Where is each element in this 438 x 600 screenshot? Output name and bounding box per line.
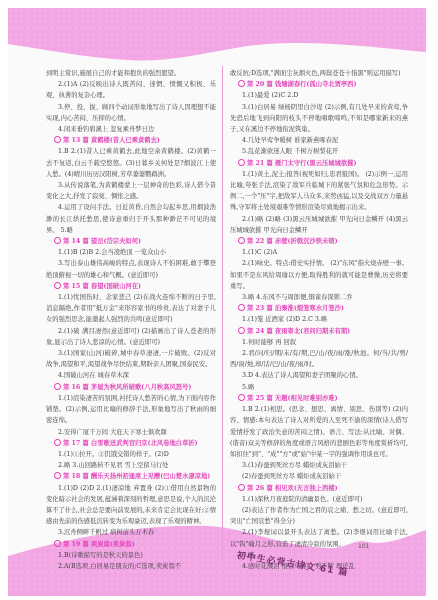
- answer-paragraph: 敢反抗;D选项,"满面尘灰烟火色,两鬓苍苍十指黑"则运用描写): [230, 68, 408, 79]
- section-heading-text: 第 14 篇 望岳(岱宗夫如何): [63, 238, 141, 245]
- answer-paragraph: 3.沉舟侧畔千帆过 病树前头万木春: [46, 527, 216, 538]
- section-heading: 第 13 篇 黄鹤楼(昔人已乘黄鹤去): [46, 135, 216, 146]
- answer-paragraph: 到明主赏识,施展自己的才能和抱负的强烈愿望。: [46, 68, 216, 79]
- answer-paragraph: 2.(1)咏史。特点:借史实抒情。 (2)"东风"指火烧赤壁一事。如果不是东风给…: [230, 258, 408, 292]
- section-heading-text: 第 15 篇 春望(国破山河在): [63, 283, 141, 290]
- answer-paragraph: 1.(1)B (2)B 2.会当凌绝顶 一览众山小: [46, 247, 216, 258]
- answer-paragraph: 4.闲来垂钓碧溪上 忽复乘舟梦日边: [46, 124, 216, 135]
- section-heading: 第 24 篇 夜雨寄北(君问归期未有期): [230, 326, 408, 337]
- section-heading: 第 15 篇 春望(国破山河在): [46, 281, 216, 292]
- answer-paragraph: 5.乱花渐欲迷人眼 千树万树梨花开: [230, 146, 408, 157]
- circle-bullet-icon: [238, 80, 245, 87]
- answer-paragraph: 3.从传说落笔,为黄鹤楼蒙上一层神奇的色彩,诗人借今昔变化之大,抒发了寂寞、惆怅…: [46, 180, 216, 202]
- circle-bullet-icon: [54, 383, 61, 390]
- answer-paragraph: 1.(1)笼 近酒家 (2)D 2.C 3.略: [230, 314, 408, 325]
- answer-paragraph: 1.B 2.(1)相思。(思念、想思、离情、别思、伤别等) (2)内容、情感:本…: [230, 404, 408, 460]
- answer-paragraph: 4.国破山河在 城春草木深: [46, 370, 216, 381]
- answer-paragraph: 1.(1)渲染凄苦的氛围,衬托诗人愁苦的心情,为下面内容作铺垫。(2)示例,运用…: [46, 393, 216, 427]
- answer-paragraph: 3.(1)白居易 绿杨阴里白沙堤 (2)示例,有几处早来的黄莺,争先恐后地飞到向…: [230, 102, 408, 136]
- circle-bullet-icon: [54, 237, 61, 244]
- section-heading-text: 第 20 篇 钱塘湖春行(孤山寺北贾亭西): [247, 81, 356, 88]
- answer-paragraph: 1.(1)①拉开。②饥饿交错的样子。(2)D: [46, 449, 216, 460]
- section-heading: 第 16 篇 茅屋为秋风所破歌(八月秋高风怒号): [46, 382, 216, 393]
- answer-paragraph: 1.(1)最爱 (2)C 2.D: [230, 90, 408, 101]
- answer-paragraph: 2.(1)略 (2)略 (3)黑云压城城欲摧 甲光向日金鳞开 (4)黑云压城城欲…: [230, 214, 408, 236]
- section-heading: 第 26 篇 相见欢(无言独上西楼): [230, 483, 408, 494]
- section-heading: 第 14 篇 望岳(岱宗夫如何): [46, 236, 216, 247]
- top-decorative-banner: [8, 8, 426, 70]
- section-heading-text: 第 25 篇 无题(相见时难别亦难): [247, 395, 338, 402]
- section-heading: 第 17 篇 白雪歌送武判官归京(北风卷地白草折): [46, 438, 216, 449]
- section-heading-text: 第 17 篇 白雪歌送武判官归京(北风卷地白草折): [63, 440, 198, 447]
- section-heading-text: 第 18 篇 酬乐天扬州初逢席上见赠(巴山楚水凄凉地): [63, 473, 210, 480]
- circle-bullet-icon: [238, 304, 245, 311]
- answer-paragraph: 2.A(B选项,白居易是朋友的;C选项,卖炭翁不: [46, 561, 216, 572]
- answer-paragraph: 2.安得广厦千万间 大庇天下寒士俱欢颜: [46, 427, 216, 438]
- answer-paragraph: 2.君/问/归/期/未/有/期,巴/山/夜/雨/涨/秋池。何/当/共/剪/西/窗…: [230, 348, 408, 370]
- column-divider: [222, 66, 223, 556]
- answer-paragraph: 2.(1)A (2)反映出诗人既苦闷、迷惘、愤慨又积极、乐观、执著的复杂心理。: [46, 79, 216, 101]
- answer-paragraph: 2.略 3.山回路转不见君 雪上空留马行处: [46, 460, 216, 471]
- section-heading: 第 22 篇 赤壁(折戟沉沙铁未销): [230, 236, 408, 247]
- section-heading-text: 第 24 篇 夜雨寄北(君问归期未有期): [247, 328, 350, 335]
- section-heading: 第 18 篇 酬乐天扬州初逢席上见赠(巴山楚水凄凉地): [46, 471, 216, 482]
- circle-bullet-icon: [238, 484, 245, 491]
- section-heading: 第 25 篇 无题(相见时难别亦难): [230, 393, 408, 404]
- answer-paragraph: 1.何时能够 再 回叙: [230, 337, 408, 348]
- section-heading: 第 20 篇 钱塘湖春行(孤山寺北贾亭西): [230, 79, 408, 90]
- answer-paragraph: 1.B(诗歌描写的是秋天的景色): [46, 550, 216, 561]
- answer-paragraph: 2.(1)李煜词以景开头表达了离愁。(2)李煜词用比喻手法,以"钩"喻月之形,营…: [230, 527, 408, 549]
- answer-paragraph: 1.(1)黄土,泥土;报答(视死如归,忠君报国)。 (2)示例一,运用比喻,夸张…: [230, 169, 408, 214]
- answer-paragraph: 3.略 4.东风不与周郎便,铜雀春深锁二乔: [230, 292, 408, 303]
- right-column: 敢反抗;D选项,"满面尘灰烟火色,两鬓苍苍十指黑"则运用描写)第 20 篇 钱塘…: [230, 68, 408, 572]
- section-heading-text: 第 26 篇 相见欢(无言独上西楼): [247, 485, 338, 492]
- answer-paragraph: (2)表达了作者作为亡国之君的哀之痛、愁之切。(意近即可,突出"亡国哀愁"得全分…: [230, 505, 408, 527]
- answer-paragraph: 4.几处早莺争暖树 谁家新燕啄春泥: [230, 135, 408, 146]
- answer-paragraph: 3.写出泰山雄伟高峻的特点,表现诗人不怕困难,敢于攀登绝顶俯视一切的雄心和气概。…: [46, 258, 216, 280]
- answer-paragraph: 3.(1)春蚕到死丝方尽 蜡炬成灰泪始干: [230, 460, 408, 471]
- section-heading: 第 23 篇 泊秦淮(烟笼寒水月笼沙): [230, 303, 408, 314]
- answer-paragraph: (2)春蚕到死丝方尽 蜡炬成灰泪始干: [230, 471, 408, 482]
- answer-paragraph: 5.略: [230, 382, 408, 393]
- answer-paragraph: 3.停、投、拔、顾四个动词形象地写出了诗人因理想不能实现,内心苦闷、压抑的心情。: [46, 102, 216, 124]
- answer-paragraph: 1.(1)忧国伤时、念家悲己 (2)在战火连绵不断的日子里,消息隔绝,作者用"抵…: [46, 292, 216, 326]
- section-heading-text: 第 13 篇 黄鹤楼(昔人已乘黄鹤去): [63, 137, 160, 144]
- answer-paragraph: 1.(1)D (2)D 2.(1)凄凉地 弃置身 (2)①借用自然景物的变化暗示…: [46, 483, 216, 528]
- section-heading-text: 第 22 篇 赤壁(折戟沉沙铁未销): [247, 238, 338, 245]
- section-heading: 第 21 篇 雁门太守行(黑云压城城欲摧): [230, 158, 408, 169]
- circle-bullet-icon: [54, 540, 61, 547]
- section-heading-text: 第 23 篇 泊秦淮(烟笼寒水月笼沙): [247, 305, 344, 312]
- section-heading-text: 第 16 篇 茅屋为秋风所破歌(八月秋高风怒号): [63, 384, 191, 391]
- answer-paragraph: 1.(1)C (2)A: [230, 247, 408, 258]
- answer-paragraph: 2.(1)破 满目凄然(意近即可) (2)描画出了诗人苍老的形象,显示出了诗人悲…: [46, 326, 216, 348]
- answer-paragraph: 1.(1)深秋月夜庭院的清幽景色。(意近即可): [230, 494, 408, 505]
- section-heading-text: 第 21 篇 雁门太守行(黑云压城城欲摧): [247, 160, 356, 167]
- page-number: 101: [358, 543, 369, 550]
- section-heading: 第 19 篇 卖炭翁(卖炭翁): [46, 539, 216, 550]
- answer-paragraph: 4.运用了设问手法。日近黄昏,自然会勾起乡思,用烟波浩渺的长江烘托愁思,使诗意重…: [46, 202, 216, 236]
- circle-bullet-icon: [54, 282, 61, 289]
- circle-bullet-icon: [238, 237, 245, 244]
- answer-paragraph: 1.B 2.(1)昔人已乘黄鹤去,此地空余黄鹤楼。(2)黄鹤一去不复返,白云千载…: [46, 146, 216, 180]
- left-column: 到明主赏识,施展自己的才能和抱负的强烈愿望。2.(1)A (2)反映出诗人既苦闷…: [46, 68, 216, 572]
- circle-bullet-icon: [238, 327, 245, 334]
- section-heading-text: 第 19 篇 卖炭翁(卖炭翁): [63, 541, 135, 548]
- answer-paragraph: 3.(1)国家(山河)破碎,城中春草凄凄,一片破败。(2)反对战争,渴望和平,渴…: [46, 348, 216, 370]
- circle-bullet-icon: [54, 136, 61, 143]
- circle-bullet-icon: [238, 159, 245, 166]
- circle-bullet-icon: [238, 394, 245, 401]
- circle-bullet-icon: [54, 472, 61, 479]
- answer-paragraph: 3.D 4.表达了诗人渴望和妻子团聚的心情。: [230, 370, 408, 381]
- circle-bullet-icon: [54, 439, 61, 446]
- document-page: 到明主赏识,施展自己的才能和抱负的强烈愿望。2.(1)A (2)反映出诗人既苦闷…: [8, 8, 426, 596]
